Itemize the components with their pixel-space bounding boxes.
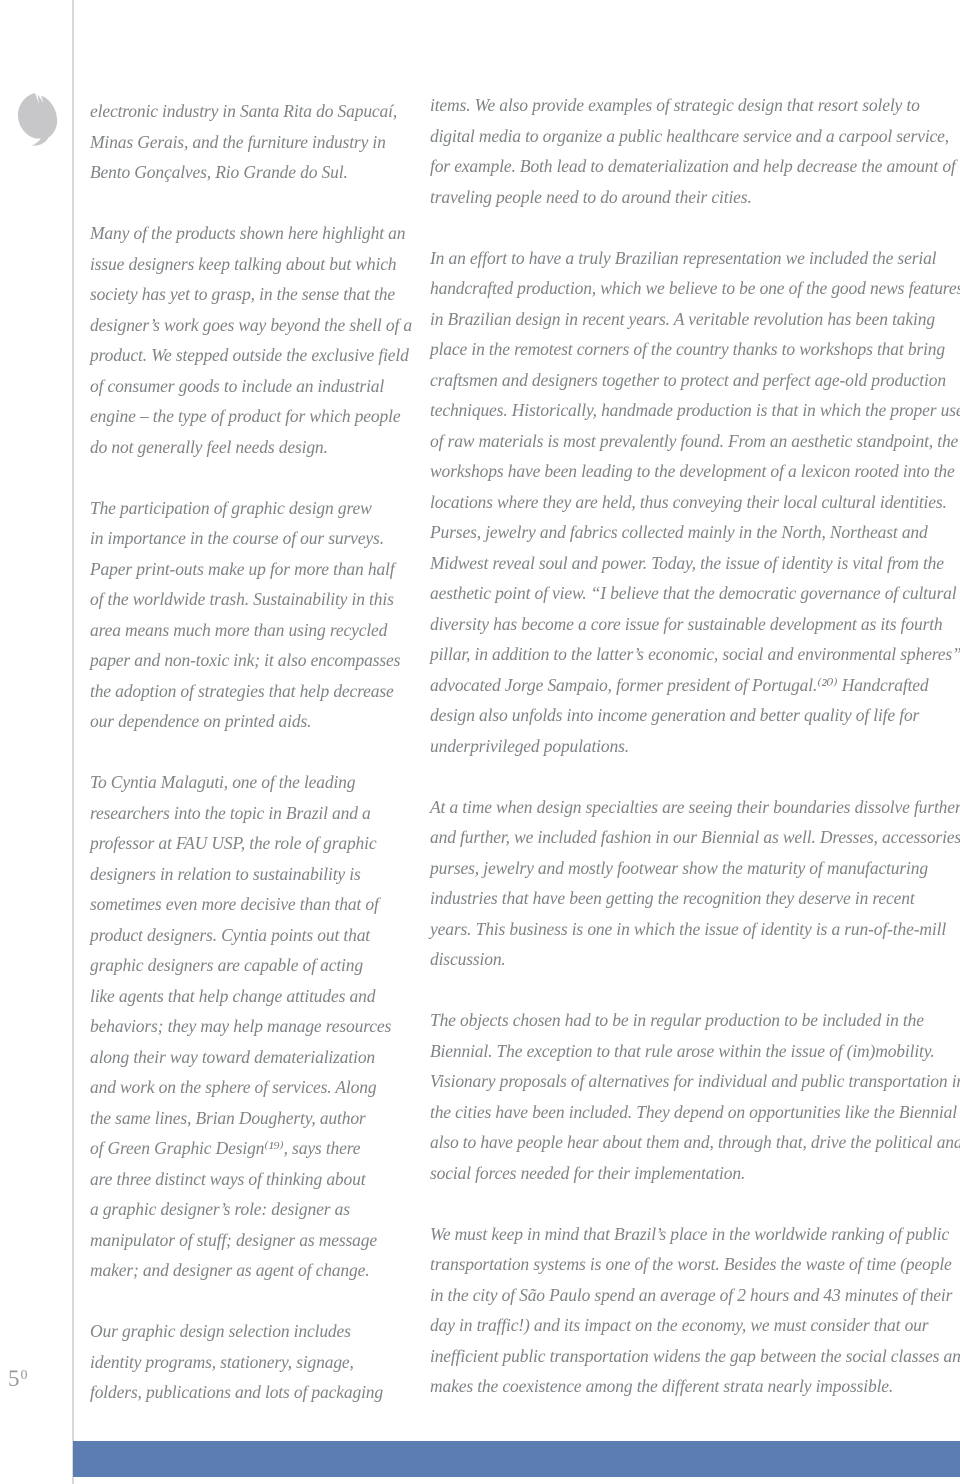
text-line: designers in relation to sustainability … (90, 859, 400, 890)
text-line: are three distinct ways of thinking abou… (90, 1164, 400, 1195)
text-line: and further, we included fashion in our … (430, 822, 958, 853)
text-line: makes the coexistence among the differen… (430, 1371, 958, 1402)
text-line: like agents that help change attitudes a… (90, 981, 400, 1012)
text-line: do not generally feel needs design. (90, 432, 400, 463)
text-line: product. We stepped outside the exclusiv… (90, 340, 400, 371)
text-line: area means much more than using recycled (90, 615, 400, 646)
text-line: also to have people hear about them and,… (430, 1127, 958, 1158)
text-line: techniques. Historically, handmade produ… (430, 395, 958, 426)
text-line: underprivileged populations. (430, 731, 958, 762)
text-line: researchers into the topic in Brazil and… (90, 798, 400, 829)
text-line: behaviors; they may help manage resource… (90, 1011, 400, 1042)
text-line: The participation of graphic design grew (90, 493, 400, 524)
text-line: in Brazilian design in recent years. A v… (430, 304, 958, 335)
text-line: issue designers keep talking about but w… (90, 249, 400, 280)
text-line: discussion. (430, 944, 958, 975)
text-line: Paper print-outs make up for more than h… (90, 554, 400, 585)
text-line: years. This business is one in which the… (430, 914, 958, 945)
brush-mark-path (18, 93, 57, 146)
text-line: craftsmen and designers together to prot… (430, 365, 958, 396)
text-line: social forces needed for their implement… (430, 1158, 958, 1189)
text-line: Biennial. The exception to that rule aro… (430, 1036, 958, 1067)
text-line: Purses, jewelry and fabrics collected ma… (430, 517, 958, 548)
paragraph: In an effort to have a truly Brazilian r… (430, 243, 958, 762)
text-line: day in traffic!) and its impact on the e… (430, 1310, 958, 1341)
text-line: inefficient public transportation widens… (430, 1341, 958, 1372)
page-number-main: 5 (8, 1366, 21, 1391)
text-line: Our graphic design selection includes (90, 1316, 400, 1347)
text-line: Many of the products shown here highligh… (90, 218, 400, 249)
text-line: handcrafted production, which we believe… (430, 273, 958, 304)
text-line: The objects chosen had to be in regular … (430, 1005, 958, 1036)
paragraph: The objects chosen had to be in regular … (430, 1005, 958, 1188)
text-line: We must keep in mind that Brazil’s place… (430, 1219, 958, 1250)
text-line: along their way toward dematerialization (90, 1042, 400, 1073)
text-line: professor at FAU USP, the role of graphi… (90, 828, 400, 859)
right-text-column: items. We also provide examples of strat… (430, 90, 958, 1432)
text-line: Midwest reveal soul and power. Today, th… (430, 548, 958, 579)
text-line: society has yet to grasp, in the sense t… (90, 279, 400, 310)
brush-mark-logo-icon (14, 90, 60, 148)
text-line: purses, jewelry and mostly footwear show… (430, 853, 958, 884)
text-line: items. We also provide examples of strat… (430, 90, 958, 121)
text-line: industries that have been getting the re… (430, 883, 958, 914)
text-line: of raw materials is most prevalently fou… (430, 426, 958, 457)
text-line: in the city of São Paulo spend an averag… (430, 1280, 958, 1311)
paragraph: The participation of graphic design grew… (90, 493, 400, 737)
text-line: workshops have been leading to the devel… (430, 456, 958, 487)
text-line: pillar, in addition to the latter’s econ… (430, 639, 958, 670)
text-line: the adoption of strategies that help dec… (90, 676, 400, 707)
text-line: sometimes even more decisive than that o… (90, 889, 400, 920)
text-line: digital media to organize a public healt… (430, 121, 958, 152)
text-line: design also unfolds into income generati… (430, 700, 958, 731)
text-line: and work on the sphere of services. Alon… (90, 1072, 400, 1103)
text-line: engine – the type of product for which p… (90, 401, 400, 432)
text-line: of consumer goods to include an industri… (90, 371, 400, 402)
text-line: the cities have been included. They depe… (430, 1097, 958, 1128)
text-line: To Cyntia Malaguti, one of the leading (90, 767, 400, 798)
paragraph: electronic industry in Santa Rita do Sap… (90, 96, 400, 188)
text-line: manipulator of stuff; designer as messag… (90, 1225, 400, 1256)
left-text-column: electronic industry in Santa Rita do Sap… (90, 96, 400, 1438)
text-line: a graphic designer’s role: designer as (90, 1194, 400, 1225)
paragraph: Many of the products shown here highligh… (90, 218, 400, 462)
text-line: folders, publications and lots of packag… (90, 1377, 400, 1408)
paragraph: At a time when design specialties are se… (430, 792, 958, 975)
paragraph: items. We also provide examples of strat… (430, 90, 958, 212)
text-line: electronic industry in Santa Rita do Sap… (90, 96, 400, 127)
text-line: maker; and designer as agent of change. (90, 1255, 400, 1286)
text-line: our dependence on printed aids. (90, 706, 400, 737)
bottom-bar (73, 1441, 960, 1477)
text-line: In an effort to have a truly Brazilian r… (430, 243, 958, 274)
text-line: designer’s work goes way beyond the shel… (90, 310, 400, 341)
text-line: of the worldwide trash. Sustainability i… (90, 584, 400, 615)
page-number: 50 (8, 1366, 29, 1392)
text-line: in importance in the course of our surve… (90, 523, 400, 554)
paragraph: To Cyntia Malaguti, one of the leadingre… (90, 767, 400, 1286)
text-line: of Green Graphic Design⁽¹⁹⁾, says there (90, 1133, 400, 1164)
paragraph: Our graphic design selection includeside… (90, 1316, 400, 1408)
text-line: aesthetic point of view. “I believe that… (430, 578, 958, 609)
text-line: Bento Gonçalves, Rio Grande do Sul. (90, 157, 400, 188)
page-number-zero: 0 (21, 1368, 29, 1383)
text-line: the same lines, Brian Dougherty, author (90, 1103, 400, 1134)
text-line: place in the remotest corners of the cou… (430, 334, 958, 365)
text-line: At a time when design specialties are se… (430, 792, 958, 823)
text-line: transportation systems is one of the wor… (430, 1249, 958, 1280)
text-line: locations where they are held, thus conv… (430, 487, 958, 518)
text-line: for example. Both lead to dematerializat… (430, 151, 958, 182)
text-line: Minas Gerais, and the furniture industry… (90, 127, 400, 158)
paragraph: We must keep in mind that Brazil’s place… (430, 1219, 958, 1402)
text-line: graphic designers are capable of acting (90, 950, 400, 981)
text-line: product designers. Cyntia points out tha… (90, 920, 400, 951)
text-line: advocated Jorge Sampaio, former presiden… (430, 670, 958, 701)
text-line: identity programs, stationery, signage, (90, 1347, 400, 1378)
text-line: traveling people need to do around their… (430, 182, 958, 213)
margin-divider-line (72, 0, 74, 1484)
text-line: paper and non-toxic ink; it also encompa… (90, 645, 400, 676)
text-line: diversity has become a core issue for su… (430, 609, 958, 640)
text-line: Visionary proposals of alternatives for … (430, 1066, 958, 1097)
